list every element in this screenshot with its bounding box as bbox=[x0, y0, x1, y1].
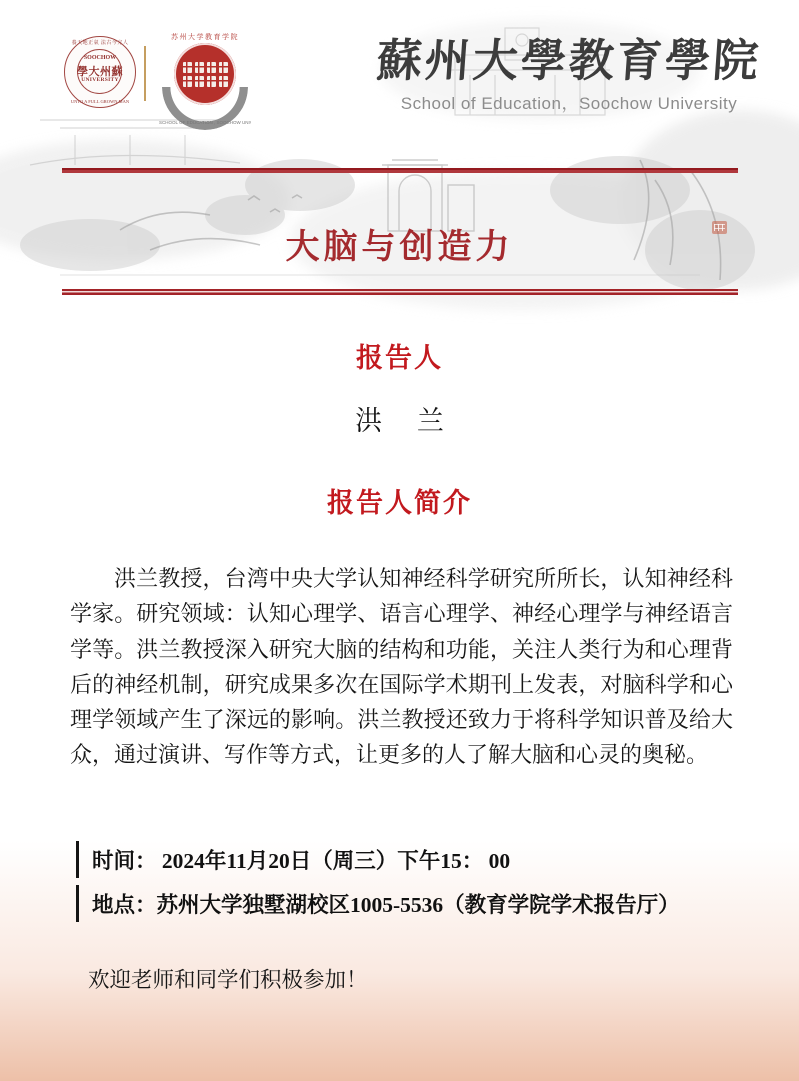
lecture-poster: 養天地正氣 法古今完人 SOOCHOW 學大州蘇 UNIVERSITY UNTO… bbox=[0, 0, 799, 1081]
brand-block: 蘇州大學教育學院 School of Education，Soochow Uni… bbox=[377, 36, 761, 114]
seal-motto-arc: 養天地正氣 法古今完人 bbox=[65, 39, 135, 46]
event-info-block: 时间： 2024年11月20日（周三）下午15： 00 地点：苏州大学独墅湖校区… bbox=[76, 841, 680, 929]
calligraphy-school-name: 蘇州大學教育學院 bbox=[375, 36, 762, 86]
event-time: 时间： 2024年11月20日（周三）下午15： 00 bbox=[76, 841, 680, 878]
event-location: 地点：苏州大学独墅湖校区1005-5536（教育学院学术报告厅） bbox=[76, 885, 680, 922]
bottom-red-rule bbox=[62, 289, 738, 295]
speaker-heading: 报告人 bbox=[0, 336, 799, 375]
seal-text-university: UNIVERSITY bbox=[65, 77, 135, 83]
college-seal-ribbon-text: SCHOOL OF EDUCATION , SOOCHOW UNIVERSITY bbox=[159, 120, 251, 125]
closing-invitation: 欢迎老师和同学们积极参加！ bbox=[88, 963, 368, 994]
speaker-bio-paragraph: 洪兰教授，台湾中央大学认知神经科学研究所所长，认知神经科学家。研究领域：认知心理… bbox=[70, 561, 733, 773]
seal-text-soochow: SOOCHOW bbox=[65, 55, 135, 61]
soochow-university-seal-icon: 養天地正氣 法古今完人 SOOCHOW 學大州蘇 UNIVERSITY UNTO… bbox=[64, 36, 136, 108]
bio-heading: 报告人简介 bbox=[0, 481, 799, 520]
english-school-name: School of Education，Soochow University bbox=[377, 89, 761, 114]
top-red-rule bbox=[62, 168, 738, 173]
college-seal-arc-text: 苏州大学教育学院 bbox=[159, 32, 251, 42]
header: 養天地正氣 法古今完人 SOOCHOW 學大州蘇 UNIVERSITY UNTO… bbox=[64, 30, 761, 134]
gold-divider bbox=[144, 46, 146, 101]
lecture-title: 大脑与创造力 bbox=[0, 219, 799, 268]
school-of-education-seal-icon: 苏州大学教育学院 SCHOOL OF EDUCATION , SOOCHOW U… bbox=[159, 30, 251, 130]
college-seal-characters bbox=[174, 43, 236, 105]
seal-bottom-arc: UNTO A FULL GROWN MAN bbox=[65, 99, 135, 104]
speaker-name: 洪 兰 bbox=[0, 399, 799, 438]
